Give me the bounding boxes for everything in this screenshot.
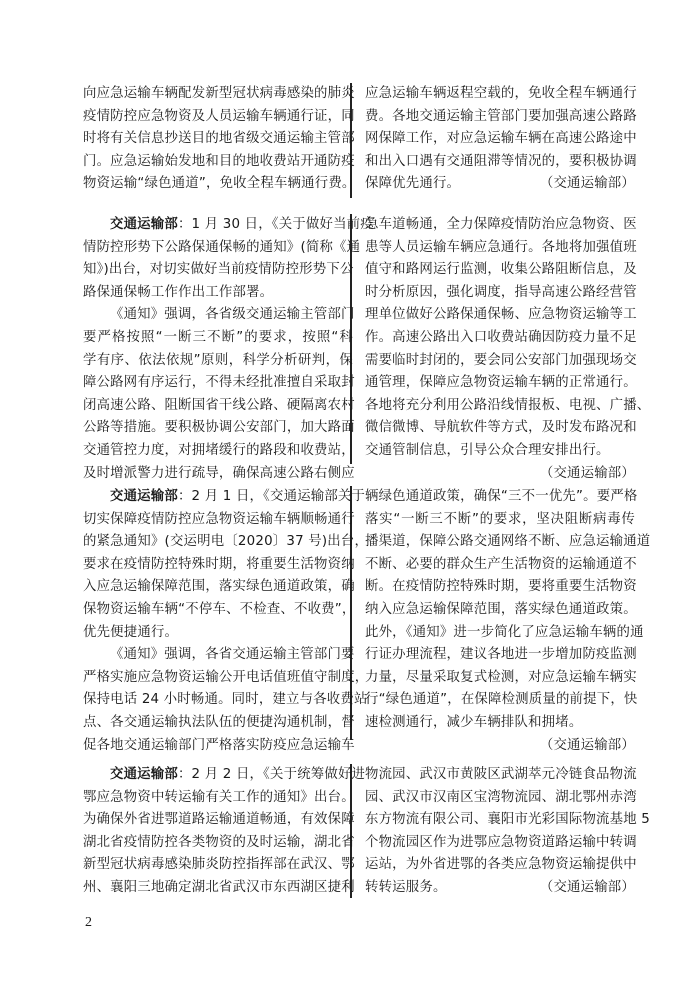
right-column: 应急运输车辆返程空载的，免收全程车辆通行 费。各地交通运输主管部门要加强高速公路… (365, 83, 635, 196)
text-line: 时分析原因，强化调度，指导高速公路经营管 (365, 282, 635, 305)
text-line: 行“绿色通道”，在保障检测质量的前提下，快 (365, 689, 635, 712)
text-line: 纳入应急运输保障范围，落实绿色通道政策。 (365, 599, 635, 622)
text-line: 知》)出台，对切实做好当前疫情防控形势下公 (83, 259, 353, 282)
text-line: 疫情防控应急物资及人员运输车辆通行证，同 (83, 106, 353, 129)
text-line: 和出入口遇有交通阻滞等情况的，要积极协调 (365, 151, 635, 174)
text-line: 优先便捷通行。 (83, 622, 353, 645)
text-line: 向应急运输车辆配发新型冠状病毒感染的肺炎 (83, 83, 353, 106)
text-line: 物流园、武汉市黄陂区武湖萃元冷链食品物流 (365, 764, 635, 787)
text-line: 需要临时封闭的，要会同公安部门加强现场交 (365, 350, 635, 373)
agency-name: 交通运输部 (110, 489, 178, 504)
text-line: 运站，为外省进鄂的各类应急物资运输提供中 (365, 854, 635, 877)
text-line: 物资运输“绿色通道”，免收全程车辆通行费。 (83, 173, 353, 196)
text-line: 值守和路网运行监测，收集公路阻断信息，及 (365, 259, 635, 282)
article-section-2: 交通运输部：1 月 30 日，《关于做好当前疫 情防控形势下公路保通保畅的通知》… (83, 214, 635, 466)
text-line: 各地将充分利用公路沿线情报板、电视、广播、 (365, 395, 635, 418)
text-line: 时将有关信息抄送目的地省级交通运输主管部 (83, 128, 353, 151)
text-line: 切实保障疫情防控应急物资运输车辆顺畅通行 (83, 509, 353, 532)
text-line: 力量，尽量采取复式检测，对应急运输车辆实 (365, 667, 635, 690)
text-line: 东方物流有限公司、襄阳市光彩国际物流基地 5 (365, 809, 635, 832)
text-line: 转转运服务。 （交通运输部） (365, 877, 635, 900)
text-line: 障公路网有序运行，不得未经批准擅自采取封 (83, 372, 353, 395)
text-line: 州、襄阳三地确定湖北省武汉市东西湖区捷利 (83, 877, 353, 900)
text-line: 的紧急通知》(交运明电〔2020〕37 号)出台， (83, 531, 353, 554)
text-line: 交通运输部：1 月 30 日，《关于做好当前疫 (83, 214, 353, 237)
agency-name: 交通运输部 (110, 767, 178, 782)
text-line: 及时增派警力进行疏导，确保高速公路右侧应 (83, 463, 353, 486)
page-number: 2 (85, 915, 92, 931)
text-line: 急车道畅通，全力保障疫情防治应急物资、医 (365, 214, 635, 237)
text-line: 入应急运输保障范围，落实绿色通道政策，确 (83, 576, 353, 599)
left-column: 交通运输部：2 月 1 日，《交通运输部关于 切实保障疫情防控应急物资运输车辆顺… (83, 486, 353, 757)
text-line: 通管理，保障应急物资运输车辆的正常通行。 (365, 372, 635, 395)
text-line: 交通运输部：2 月 1 日，《交通运输部关于 (83, 486, 353, 509)
text-line: 新型冠状病毒感染肺炎防控指挥部在武汉、鄂 (83, 854, 353, 877)
text-line: 个物流园区作为进鄂应急物资道路运输中转调 (365, 832, 635, 855)
text-line: 情防控形势下公路保通保畅的通知》(简称《通 (83, 237, 353, 260)
article-section-4: 交通运输部：2 月 2 日，《关于统筹做好进 鄂应急物资中转运输有关工作的通知》… (83, 764, 635, 904)
text-line: 闭高速公路、阻断国省干线公路、硬隔离农村 (83, 395, 353, 418)
text-line: 点、各交通运输执法队伍的便捷沟通机制，督 (83, 712, 353, 735)
text-line: 作。高速公路出入口收费站确因防疫力量不足 (365, 327, 635, 350)
left-column: 交通运输部：1 月 30 日，《关于做好当前疫 情防控形势下公路保通保畅的通知》… (83, 214, 353, 485)
text-line: 严格实施应急物资运输公开电话值班值守制度， (83, 667, 353, 690)
text-line: 应急运输车辆返程空载的，免收全程车辆通行 (365, 83, 635, 106)
text-line: 湖北省疫情防控各类物资的及时运输，湖北省 (83, 832, 353, 855)
text-line: 微信微博、导航软件等方式，及时发布路况和 (365, 417, 635, 440)
text-line: 辆绿色通道政策，确保“三不一优先”。要严格 (365, 486, 635, 509)
text-line: 保障优先通行。 （交通运输部） (365, 173, 635, 196)
text-line: 患等人员运输车辆应急通行。各地将加强值班 (365, 237, 635, 260)
text-line: 断。在疫情防控特殊时期，要将重要生活物资 (365, 576, 635, 599)
right-column: 辆绿色通道政策，确保“三不一优先”。要严格 落实“一断三不断”的要求，坚决阻断病… (365, 486, 635, 757)
source-attribution: （交通运输部） (365, 463, 635, 486)
text-line: 此外，《通知》进一步简化了应急运输车辆的通 (365, 622, 635, 645)
text-line: 路保通保畅工作作出工作部署。 (83, 282, 353, 305)
text-line: 交通管制信息，引导公众合理安排出行。 (365, 440, 635, 463)
source-attribution: （交通运输部） (540, 877, 635, 900)
text-line: 理单位做好公路保通保畅、应急物资运输等工 (365, 304, 635, 327)
article-section-3: 交通运输部：2 月 1 日，《交通运输部关于 切实保障疫情防控应急物资运输车辆顺… (83, 486, 635, 742)
text-line: 园、武汉市汉南区宝湾物流园、湖北鄂州赤湾 (365, 787, 635, 810)
text-line: 为确保外省进鄂道路运输通道畅通，有效保障 (83, 809, 353, 832)
text-line: 《通知》强调，各省级交通运输主管部门 (83, 304, 353, 327)
text-line: 鄂应急物资中转运输有关工作的通知》出台。 (83, 787, 353, 810)
text-fragment: 保障优先通行。 (365, 176, 460, 191)
right-column: 物流园、武汉市黄陂区武湖萃元冷链食品物流 园、武汉市汉南区宝湾物流园、湖北鄂州赤… (365, 764, 635, 900)
text-line: 学有序、依法依规”原则，科学分析研判，保 (83, 350, 353, 373)
source-attribution: （交通运输部） (365, 735, 635, 758)
text-fragment: ：2 月 2 日，《关于统筹做好进 (178, 767, 365, 782)
text-line: 要严格按照“一断三不断”的要求，按照“科 (83, 327, 353, 350)
source-attribution: （交通运输部） (540, 173, 635, 196)
text-line: 落实“一断三不断”的要求，坚决阻断病毒传 (365, 509, 635, 532)
text-line: 交通管控力度，对拥堵缓行的路段和收费站， (83, 440, 353, 463)
text-fragment: ：2 月 1 日，《交通运输部关于 (178, 489, 365, 504)
text-fragment: ：1 月 30 日，《关于做好当前疫 (178, 217, 374, 232)
right-column: 急车道畅通，全力保障疫情防治应急物资、医 患等人员运输车辆应急通行。各地将加强值… (365, 214, 635, 485)
text-fragment: 转转运服务。 (365, 880, 447, 895)
text-line: 播渠道，保障公路交通网络不断、应急运输通道 (365, 531, 635, 554)
left-column: 向应急运输车辆配发新型冠状病毒感染的肺炎 疫情防控应急物资及人员运输车辆通行证，… (83, 83, 353, 196)
text-line: 保持电话 24 小时畅通。同时，建立与各收费站 (83, 689, 353, 712)
text-line: 保物资运输车辆“不停车、不检查、不收费”， (83, 599, 353, 622)
text-line: 网保障工作，对应急运输车辆在高速公路途中 (365, 128, 635, 151)
text-line: 促各地交通运输部门严格落实防疫应急运输车 (83, 735, 353, 758)
article-section-1: 向应急运输车辆配发新型冠状病毒感染的肺炎 疫情防控应急物资及人员运输车辆通行证，… (83, 83, 635, 201)
text-line: 交通运输部：2 月 2 日，《关于统筹做好进 (83, 764, 353, 787)
text-line: 《通知》强调，各省交通运输主管部门要 (83, 644, 353, 667)
text-line: 要求在疫情防控特殊时期，将重要生活物资纳 (83, 554, 353, 577)
text-line: 速检测通行，减少车辆排队和拥堵。 (365, 712, 635, 735)
text-line: 不断、必要的群众生产生活物资的运输通道不 (365, 554, 635, 577)
text-line: 门。应急运输始发地和目的地收费站开通防疫 (83, 151, 353, 174)
agency-name: 交通运输部 (110, 217, 178, 232)
text-line: 公路等措施。要积极协调公安部门，加大路面 (83, 417, 353, 440)
text-line: 费。各地交通运输主管部门要加强高速公路路 (365, 106, 635, 129)
left-column: 交通运输部：2 月 2 日，《关于统筹做好进 鄂应急物资中转运输有关工作的通知》… (83, 764, 353, 900)
text-line: 行证办理流程，建议各地进一步增加防疫监测 (365, 644, 635, 667)
